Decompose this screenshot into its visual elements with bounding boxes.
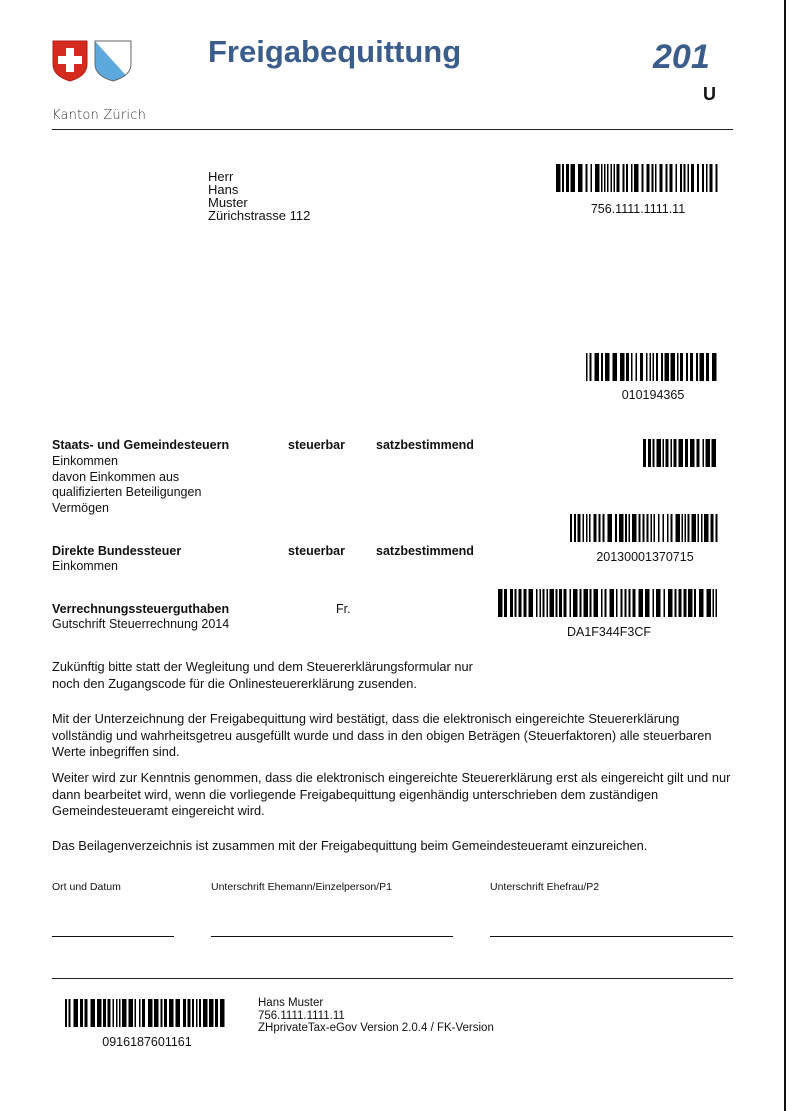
barcode-reference-label: 010194365	[586, 388, 720, 402]
place-date-field[interactable]	[52, 936, 174, 937]
federal-tax-col-taxable: steuerbar	[288, 544, 345, 560]
federal-tax-heading: Direkte Bundessteuer	[52, 544, 181, 560]
barcode-ahv	[556, 164, 720, 192]
barcode-footer	[65, 999, 229, 1027]
state-tax-row: davon Einkommen aus	[52, 470, 201, 486]
state-tax-rows: Einkommen davon Einkommen aus qualifizie…	[52, 454, 201, 516]
footer-name: Hans Muster	[258, 997, 494, 1010]
signature-p2-label: Unterschrift Ehefrau/P2	[490, 881, 599, 893]
barcode-ahv-label: 756.1111.1111.11	[556, 202, 720, 216]
canton-label: Kanton Zürich	[52, 108, 146, 123]
paragraph-confirmation: Mit der Unterzeichnung der Freigabequitt…	[52, 711, 742, 761]
place-date-label: Ort und Datum	[52, 881, 121, 893]
barcode-footer-label: 0916187601161	[65, 1035, 229, 1049]
federal-tax-col-rate: satzbestimmend	[376, 544, 474, 560]
paragraph-attachments: Das Beilagenverzeichnis ist zusammen mit…	[52, 838, 742, 855]
withholding-heading: Verrechnungssteuerguthaben	[52, 602, 229, 618]
state-tax-col-rate: satzbestimmend	[376, 438, 474, 454]
barcode-case	[570, 514, 720, 542]
swiss-cross-icon	[52, 40, 88, 82]
state-tax-row: qualifizierten Beteiligungen	[52, 485, 201, 501]
withholding-row: Gutschrift Steuerrechnung 2014	[52, 617, 229, 633]
state-tax-col-taxable: steuerbar	[288, 438, 345, 454]
footer-ahv: 756.1111.1111.11	[258, 1010, 494, 1023]
recipient-address: Herr Hans Muster Zürichstrasse 112	[208, 170, 310, 222]
federal-tax-row: Einkommen	[52, 559, 118, 575]
barcode-small	[643, 439, 720, 467]
document-title: Freigabequittung	[208, 34, 461, 70]
form-suffix: U	[703, 84, 716, 105]
form-number: 201	[653, 38, 710, 77]
recipient-street: Zürichstrasse 112	[208, 209, 310, 222]
footer-info: Hans Muster 756.1111.1111.11 ZHprivateTa…	[258, 997, 494, 1035]
barcode-case-label: 20130001370715	[570, 550, 720, 564]
paragraph-online-code: Zukünftig bitte statt der Wegleitung und…	[52, 659, 502, 692]
barcode-access-code-label: DA1F344F3CF	[498, 625, 720, 639]
signature-p1-label: Unterschrift Ehemann/Einzelperson/P1	[211, 881, 392, 893]
barcode-reference	[586, 353, 720, 381]
withholding-currency: Fr.	[336, 602, 351, 618]
zurich-coat-of-arms-icon	[94, 40, 132, 82]
barcode-access-code	[498, 589, 720, 617]
state-tax-heading: Staats- und Gemeindesteuern	[52, 438, 229, 454]
state-tax-row: Vermögen	[52, 501, 201, 517]
footer-divider	[52, 978, 733, 979]
signature-p1-field[interactable]	[211, 936, 453, 937]
signature-p2-field[interactable]	[490, 936, 733, 937]
document-page: Kanton Zürich Freigabequittung 201 U Her…	[0, 0, 786, 1111]
footer-software: ZHprivateTax-eGov Version 2.0.4 / FK-Ver…	[258, 1022, 494, 1035]
state-tax-row: Einkommen	[52, 454, 201, 470]
header-divider	[52, 129, 733, 130]
paragraph-submission: Weiter wird zur Kenntnis genommen, dass …	[52, 770, 742, 820]
